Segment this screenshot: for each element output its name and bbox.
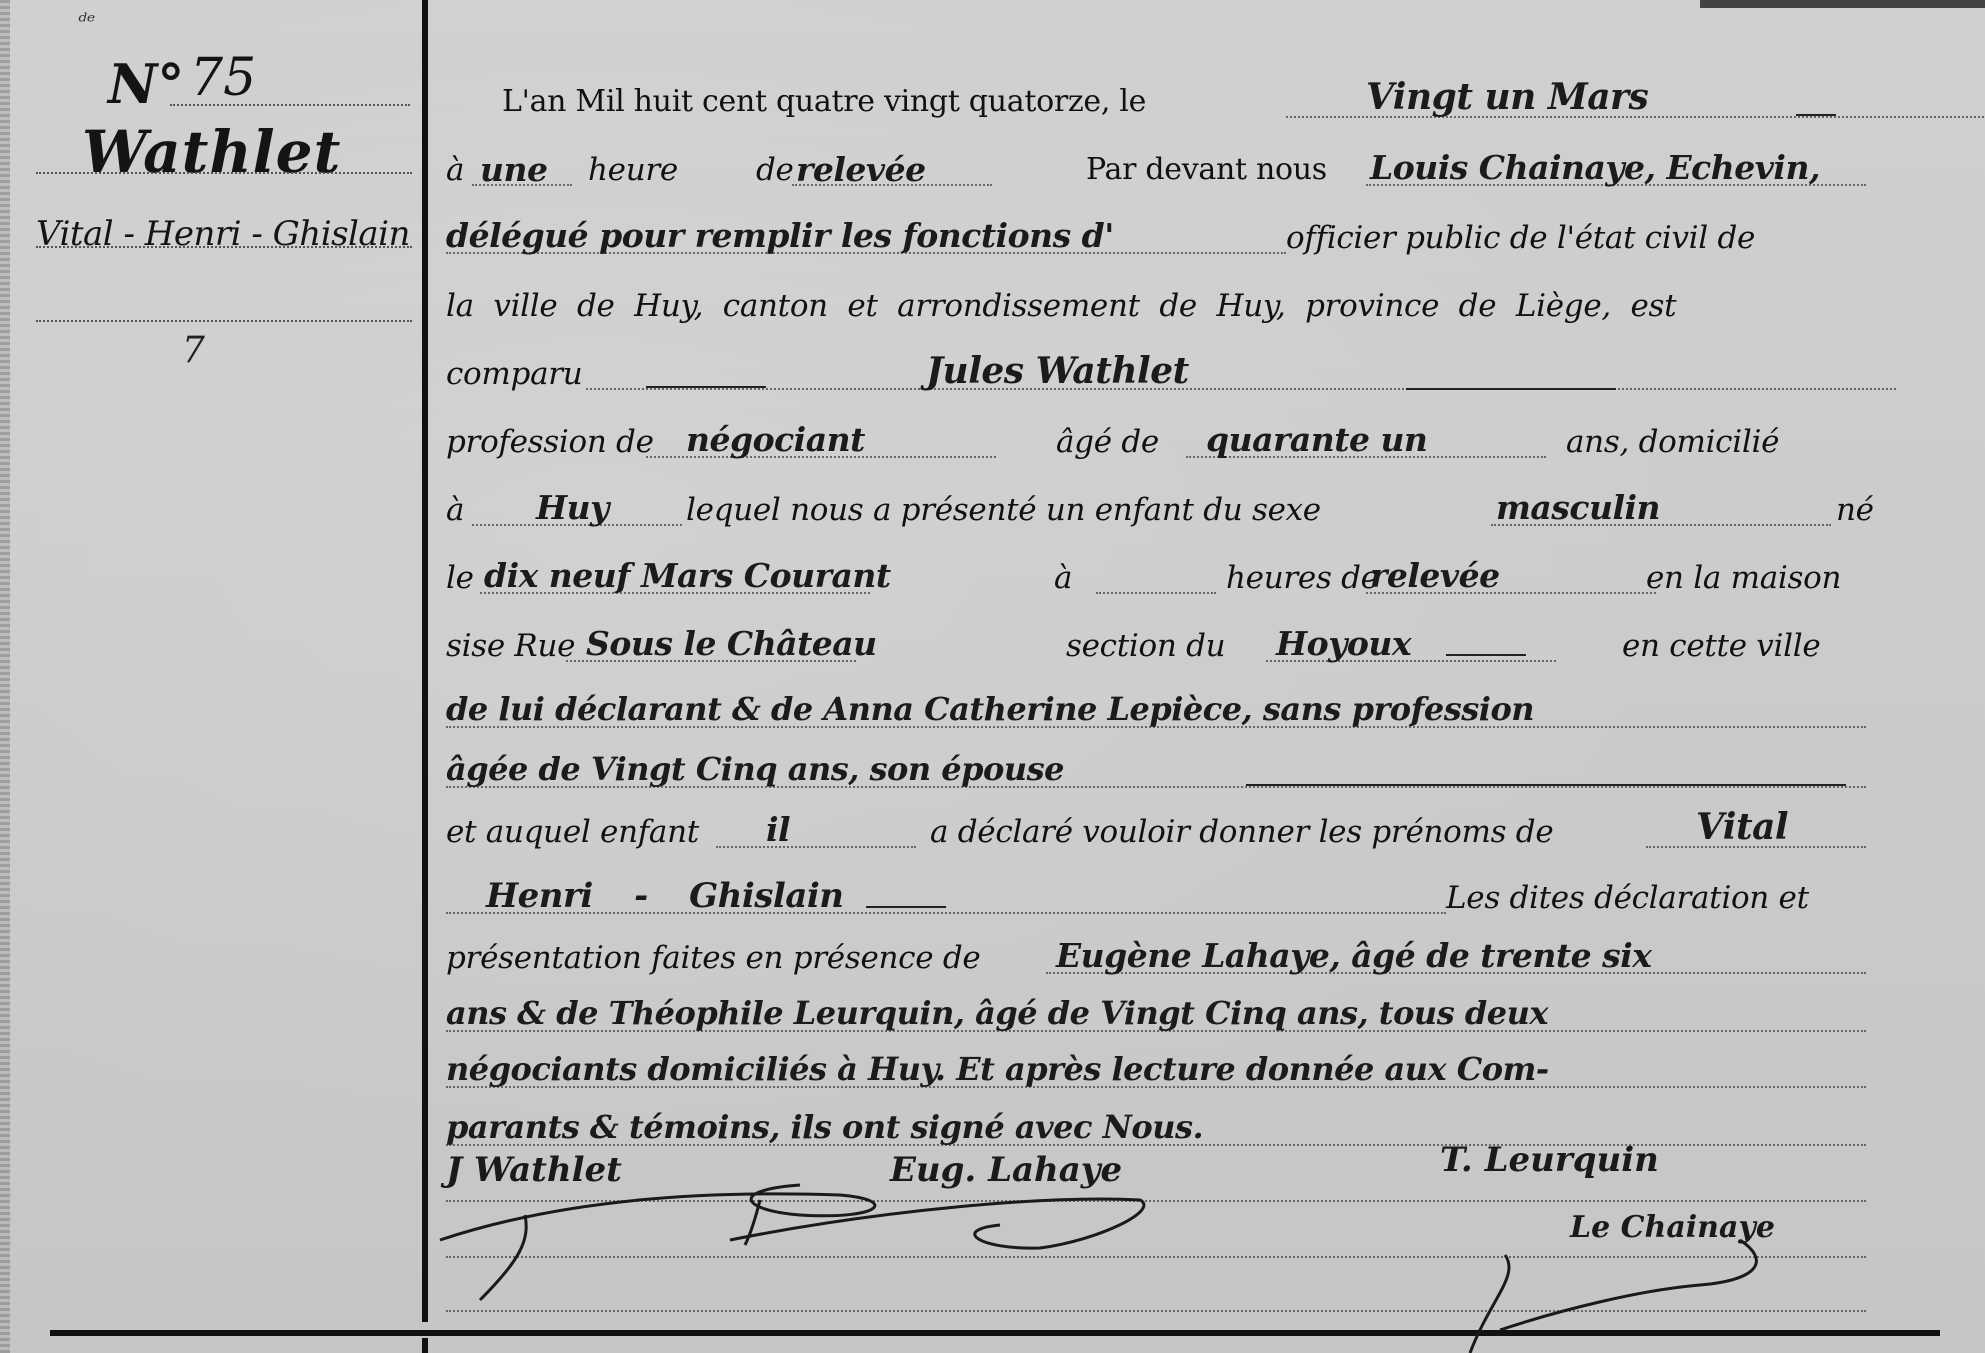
handwritten-birth-date: dix neuf Mars Courant bbox=[484, 556, 891, 595]
printed-text: en cette ville bbox=[1622, 628, 1820, 664]
body-line-11: âgée de Vingt Cinq ans, son épouse bbox=[446, 740, 1925, 804]
body-line-14: présentation faites en présence de Eugèn… bbox=[446, 926, 1925, 990]
printed-text: en la maison bbox=[1646, 560, 1841, 596]
handwritten-closing-1: négociants domiciliés à Huy. Et après le… bbox=[446, 1050, 1549, 1088]
signature-flourishes bbox=[0, 1170, 1985, 1353]
margin-dotted-line bbox=[36, 246, 412, 248]
handwritten-relevee-2: relevée bbox=[1370, 556, 1500, 595]
handwritten-witness-1: Eugène Lahaye, âgé de trente six bbox=[1056, 936, 1651, 975]
body-line-1: L'an Mil huit cent quatre vingt quatorze… bbox=[446, 70, 1925, 134]
margin-column: ᵈᵉ N° 75 Wathlet Vital - Henri - Ghislai… bbox=[0, 0, 420, 1320]
handwritten-witness-2: ans & de Théophile Leurquin, âgé de Ving… bbox=[446, 994, 1548, 1032]
printed-text: Par devant nous bbox=[1086, 152, 1327, 187]
printed-text: profession de bbox=[446, 424, 654, 460]
margin-dotted-line bbox=[36, 172, 412, 174]
handwritten-declarant: Jules Wathlet bbox=[926, 350, 1189, 392]
printed-text: section du bbox=[1066, 628, 1225, 664]
printed-text: heure bbox=[588, 152, 678, 188]
handwritten-sex: masculin bbox=[1496, 488, 1660, 527]
handwritten-date: Vingt un Mars bbox=[1366, 76, 1648, 118]
printed-text: Les dites déclaration et bbox=[1446, 880, 1809, 916]
printed-text: né bbox=[1836, 492, 1874, 528]
handwritten-profession: négociant bbox=[686, 420, 865, 459]
body-line-4: la ville de Huy, canton et arrondissemen… bbox=[446, 274, 1925, 338]
printed-text: lequel nous a présenté un enfant du sexe bbox=[686, 492, 1321, 528]
printed-text: âgé de bbox=[1056, 424, 1159, 460]
printed-text: présentation faites en présence de bbox=[446, 940, 980, 976]
handwritten-street: Sous le Château bbox=[586, 624, 877, 663]
body-line-3: délégué pour remplir les fonctions d' of… bbox=[446, 206, 1925, 270]
handwritten-age: quarante un bbox=[1206, 420, 1427, 459]
printed-text: a déclaré vouloir donner les prénoms de bbox=[930, 814, 1553, 850]
margin-dotted-line bbox=[170, 104, 410, 106]
body-line-2: à une heure de relevée Par devant nous L… bbox=[446, 138, 1925, 202]
body-line-8: le dix neuf Mars Courant à heures de rel… bbox=[446, 546, 1925, 610]
printed-text: L'an Mil huit cent quatre vingt quatorze… bbox=[502, 84, 1146, 119]
entry-number: 75 bbox=[190, 48, 256, 108]
scan-top-edge bbox=[1700, 0, 1985, 8]
margin-dotted-line bbox=[36, 320, 412, 322]
body-line-16: négociants domiciliés à Huy. Et après le… bbox=[446, 1040, 1925, 1104]
printed-text: et auquel enfant bbox=[446, 814, 699, 850]
handwritten-domicile: Huy bbox=[536, 488, 609, 527]
body-line-7: à Huy lequel nous a présenté un enfant d… bbox=[446, 478, 1925, 542]
printed-text: à bbox=[1054, 560, 1072, 596]
body-line-9: sise Rue Sous le Château section du Hoyo… bbox=[446, 614, 1925, 678]
printed-text: à bbox=[446, 152, 464, 188]
handwritten-pronoun: il bbox=[766, 810, 790, 849]
printed-text: le bbox=[446, 560, 474, 596]
body-line-5: comparu Jules Wathlet bbox=[446, 342, 1925, 406]
body-line-17: parants & témoins, ils ont signé avec No… bbox=[446, 1098, 1925, 1162]
margin-bottom-mark: 7 bbox=[182, 330, 205, 371]
printed-text: à bbox=[446, 492, 464, 528]
printed-text: heures de bbox=[1226, 560, 1379, 596]
margin-given-names: Vital - Henri - Ghislain bbox=[36, 214, 410, 254]
body-line-15: ans & de Théophile Leurquin, âgé de Ving… bbox=[446, 984, 1925, 1048]
margin-column-rule bbox=[422, 0, 428, 1322]
printed-text: comparu bbox=[446, 356, 582, 392]
handwritten-mother-age: âgée de Vingt Cinq ans, son épouse bbox=[446, 750, 1064, 788]
printed-text: la ville de Huy, canton et arrondissemen… bbox=[446, 288, 1676, 324]
handwritten-section: Hoyoux bbox=[1276, 624, 1411, 663]
body-line-13: Henri - Ghislain Les dites déclaration e… bbox=[446, 866, 1925, 930]
handwritten-mother: de lui déclarant & de Anna Catherine Lep… bbox=[446, 690, 1534, 728]
handwritten-other-names: Henri - Ghislain bbox=[486, 876, 844, 916]
entry-number-label: N° bbox=[108, 52, 184, 116]
register-page: ᵈᵉ N° 75 Wathlet Vital - Henri - Ghislai… bbox=[0, 0, 1985, 1353]
handwritten-delegation: délégué pour remplir les fonctions d' bbox=[446, 216, 1114, 255]
body-line-6: profession de négociant âgé de quarante … bbox=[446, 410, 1925, 474]
handwritten-closing-2: parants & témoins, ils ont signé avec No… bbox=[446, 1108, 1203, 1146]
printed-text: officier public de l'état civil de bbox=[1286, 220, 1755, 256]
handwritten-first-name: Vital bbox=[1696, 806, 1788, 848]
handwritten-officer: Louis Chainaye, Echevin, bbox=[1370, 148, 1820, 187]
body-line-10: de lui déclarant & de Anna Catherine Lep… bbox=[446, 680, 1925, 744]
printed-text: de bbox=[756, 152, 794, 188]
margin-top-mark: ᵈᵉ bbox=[78, 10, 95, 35]
printed-text: sise Rue bbox=[446, 628, 575, 664]
handwritten-hour: une bbox=[480, 150, 547, 189]
printed-text: ans, domicilié bbox=[1566, 424, 1779, 460]
handwritten-relevee: relevée bbox=[796, 150, 926, 189]
body-line-12: et auquel enfant il a déclaré vouloir do… bbox=[446, 800, 1925, 864]
margin-surname: Wathlet bbox=[82, 118, 341, 186]
